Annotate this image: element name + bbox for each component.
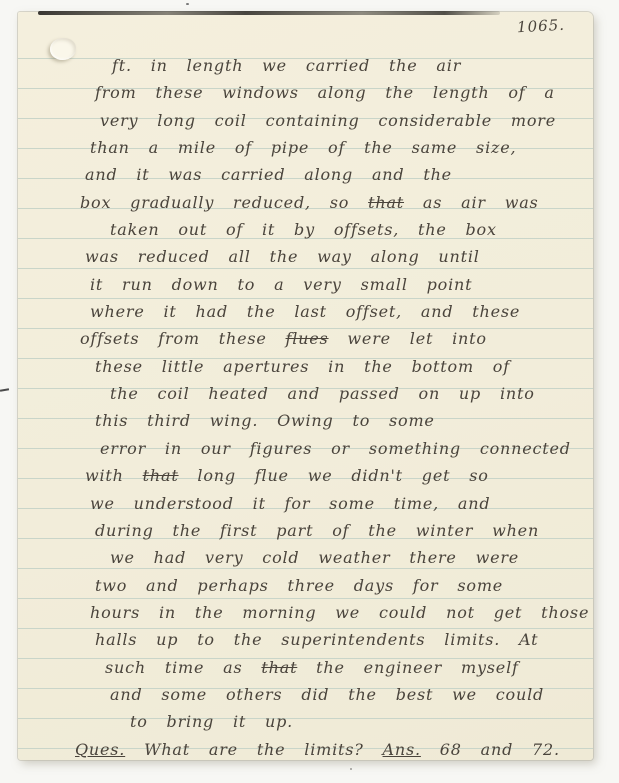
manuscript-word: to bring it up. [130,712,293,731]
manuscript-word: and some others did the best we could [110,685,544,704]
manuscript-word: from these windows along the length of a [95,83,555,102]
manuscript-word: ft. in length we carried the air [112,56,461,75]
page-number: 1065. [517,16,566,36]
manuscript-line: we had very cold weather there were [110,544,585,571]
manuscript-word: What are the limits? [125,740,382,759]
manuscript-line: we understood it for some time, and [90,490,585,517]
manuscript-word: the coil heated and passed on up into [110,384,535,403]
manuscript-word: where it had the last offset, and these [90,302,520,321]
manuscript-word-strike: that [261,658,297,677]
manuscript-word: such time as [105,658,261,677]
manuscript-line: the coil heated and passed on up into [110,380,585,407]
manuscript-word: halls up to the superintendents limits. … [95,630,538,649]
page-top-edge-shadow [38,11,500,15]
manuscript-word: hours in the morning we could not get th… [90,603,589,622]
manuscript-word: this third wing. Owing to some [95,411,435,430]
manuscript-line: it run down to a very small point [90,271,585,298]
manuscript-word: than a mile of pipe of the same size, [90,138,516,157]
manuscript-line: these little apertures in the bottom of [95,353,585,380]
manuscript-line: this third wing. Owing to some [95,407,585,434]
manuscript-line: error in our figures or something connec… [100,435,585,462]
dust-speck-top [186,3,189,5]
manuscript-line: to bring it up. [130,708,585,735]
manuscript-line: was reduced all the way along until [85,243,585,270]
manuscript-word: the engineer myself [297,658,518,677]
manuscript-word-underline: Ques. [75,740,125,759]
manuscript-line: such time as that the engineer myself [105,654,585,681]
scan-background: { "page": { "number": "1065.", "colors":… [0,0,619,783]
manuscript-text: ft. in length we carried the airfrom the… [18,52,585,763]
manuscript-line: and it was carried along and the [85,161,585,188]
manuscript-word: error in our figures or something connec… [100,439,571,458]
manuscript-line: from these windows along the length of a [95,79,585,106]
manuscript-word-strike: that [368,193,404,212]
manuscript-line: hours in the morning we could not get th… [90,599,585,626]
manuscript-word: very long coil containing considerable m… [100,111,556,130]
manuscript-line: two and perhaps three days for some [95,572,585,599]
manuscript-word: with [85,466,143,485]
manuscript-line: offsets from these flues were let into [80,325,585,352]
manuscript-word: two and perhaps three days for some [95,576,503,595]
manuscript-line: halls up to the superintendents limits. … [95,626,585,653]
manuscript-word-strike: that [143,466,179,485]
manuscript-line: than a mile of pipe of the same size, [90,134,585,161]
margin-mark [0,388,9,392]
manuscript-word: these little apertures in the bottom of [95,357,510,376]
manuscript-line: taken out of it by offsets, the box [110,216,585,243]
manuscript-word: during the first part of the winter when [95,521,539,540]
manuscript-line: ft. in length we carried the air [112,52,585,79]
manuscript-word: as air was [404,193,539,212]
manuscript-word: we understood it for some time, and [90,494,490,513]
manuscript-word: was reduced all the way along until [85,247,480,266]
manuscript-word: 68 and 72. [421,740,560,759]
manuscript-word: we had very cold weather there were [110,548,519,567]
manuscript-word: were let into [329,329,487,348]
manuscript-line: where it had the last offset, and these [90,298,585,325]
manuscript-line: box gradually reduced, so that as air wa… [80,189,585,216]
manuscript-line: Ques. What are the limits? Ans. 68 and 7… [75,736,585,763]
manuscript-word-strike: flues [286,329,329,348]
manuscript-line: during the first part of the winter when [95,517,585,544]
dust-speck-bottom [350,768,352,770]
manuscript-word: taken out of it by offsets, the box [110,220,497,239]
manuscript-line: with that long flue we didn't get so [85,462,585,489]
manuscript-page: 1065. ft. in length we carried the airfr… [18,12,593,760]
manuscript-line: and some others did the best we could [110,681,585,708]
manuscript-line: very long coil containing considerable m… [100,107,585,134]
manuscript-word: offsets from these [80,329,286,348]
manuscript-word: and it was carried along and the [85,165,452,184]
manuscript-word: box gradually reduced, so [80,193,368,212]
manuscript-word: it run down to a very small point [90,275,472,294]
manuscript-word: long flue we didn't get so [179,466,489,485]
manuscript-word-underline: Ans. [383,740,421,759]
